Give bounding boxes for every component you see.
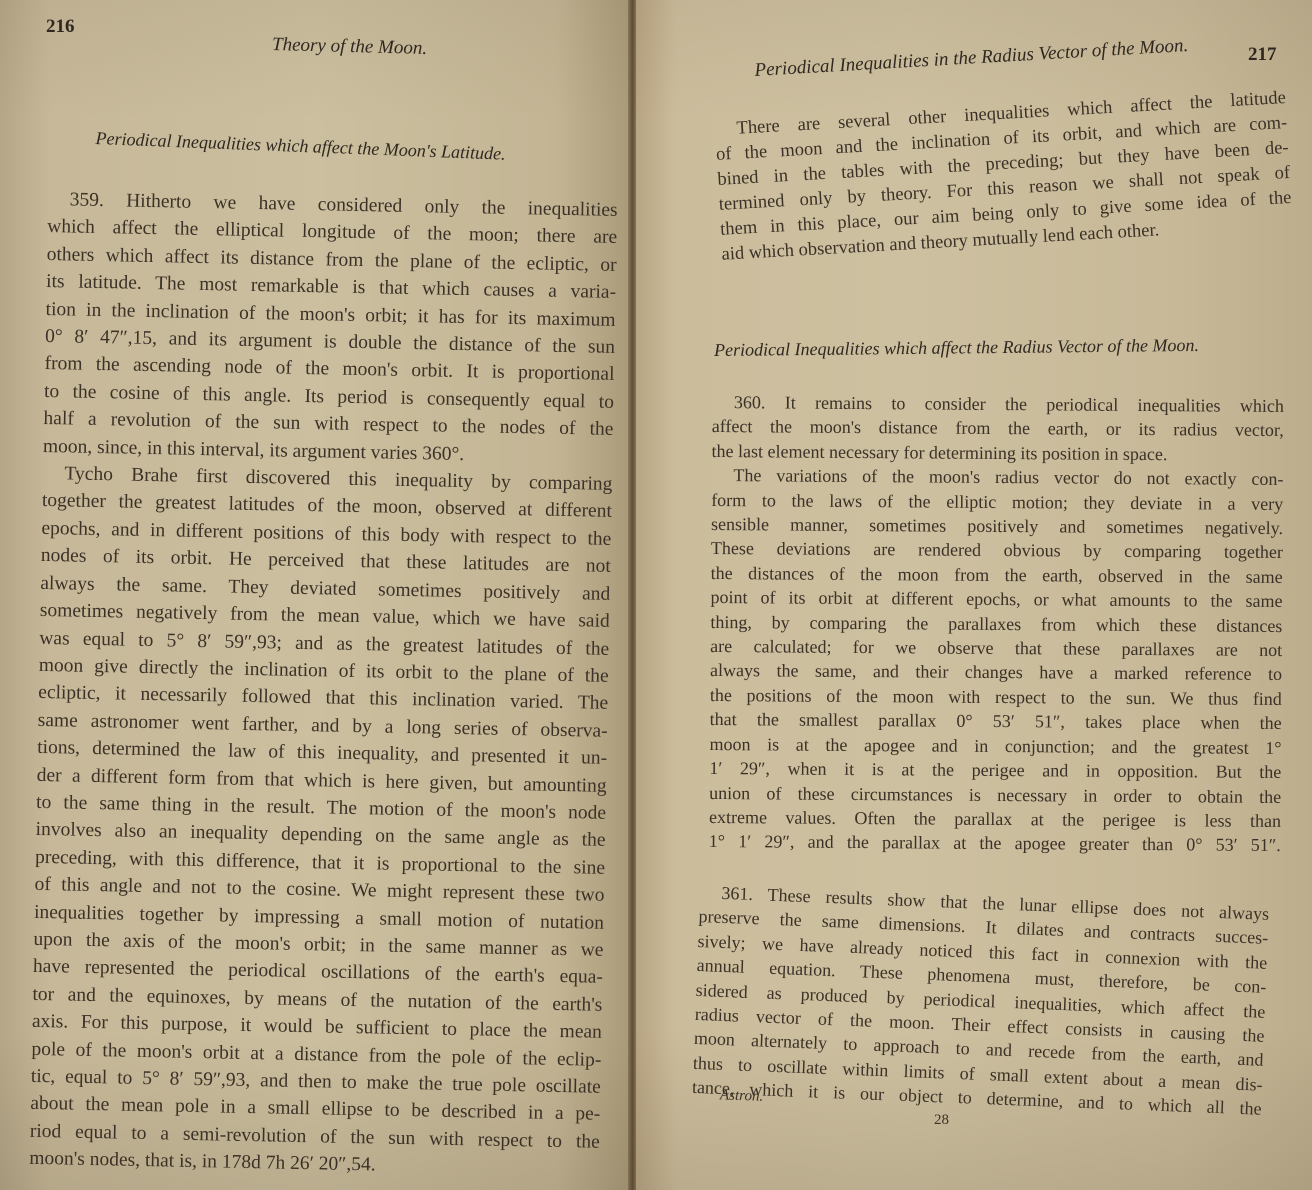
right-intro-text: There are several other inequalities whi… [714,86,1293,268]
right-page-number: 217 [1248,44,1277,66]
right-body-text: 360. It remains to consider the periodic… [709,390,1284,858]
text-line: 1′ 29″, when it is at the perigee and in… [709,756,1281,784]
open-book-spread: 216 Theory of the Moon. Periodical Inequ… [0,0,1312,1190]
printer-signature-number: 28 [934,1112,949,1129]
text-line: 1° 1′ 29″, and the parallax at the apoge… [709,829,1281,857]
text-line: These deviations are rendered obvious by… [711,536,1283,564]
text-line: that the smallest parallax 0° 53′ 51″, t… [710,707,1282,735]
left-running-head: Theory of the Moon. [272,34,428,60]
text-line: affect the moon's distance from the eart… [712,414,1284,442]
left-page-number: 216 [46,16,75,38]
printer-signature-label: Astron. [720,1087,764,1105]
text-line: The variations of the moon's radius vect… [711,463,1283,491]
text-line: point of its orbit at different epochs, … [710,585,1282,613]
left-body-text: 359. Hitherto we have considered only th… [29,186,618,1183]
right-lower-text: 361. These results show that the lunar e… [692,880,1270,1121]
